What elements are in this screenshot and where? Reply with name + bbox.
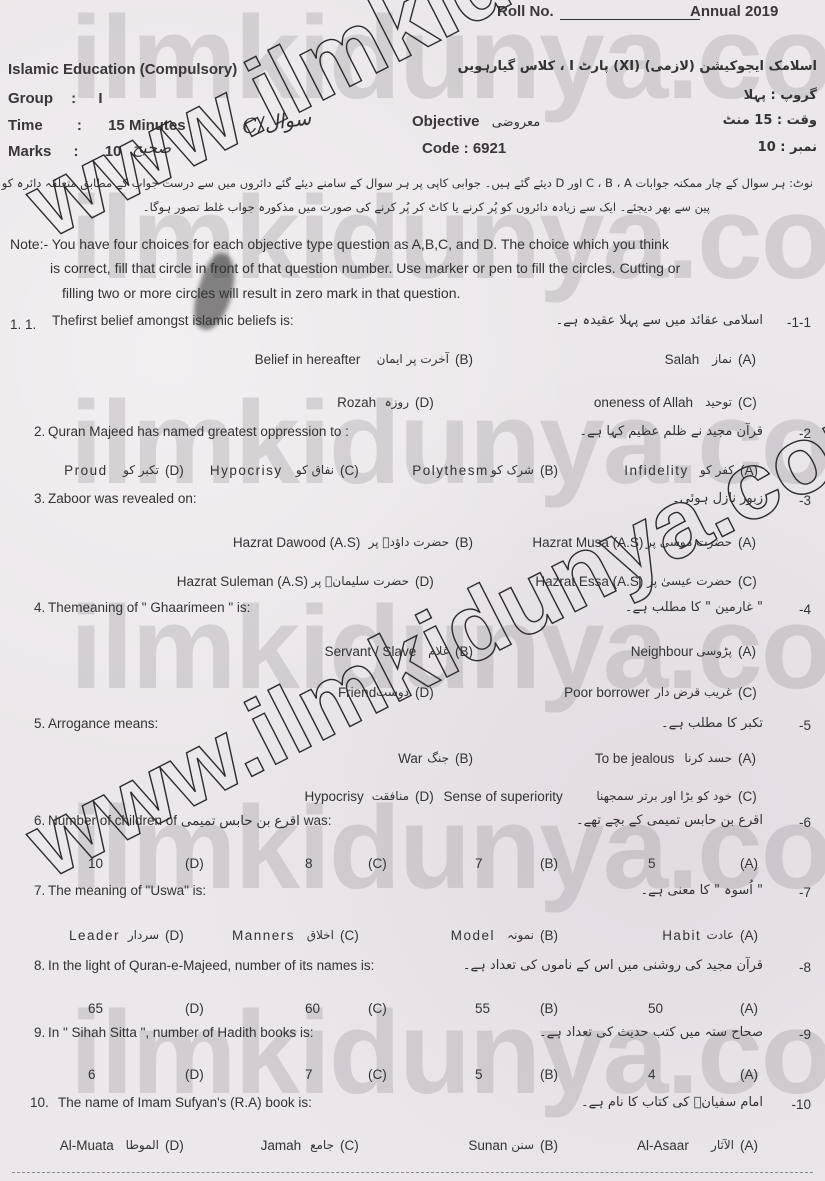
option-label: (A) — [738, 352, 756, 367]
paper-code: Code : 6921 — [422, 140, 506, 157]
question-number: 4. — [34, 600, 45, 615]
option-text: Habit — [662, 928, 701, 943]
instruction-english-line: is correct, fill that circle in front of… — [50, 256, 680, 280]
option-label: (D) — [415, 574, 434, 589]
option-text: Hazrat Suleman (A.S) — [177, 574, 308, 589]
question-number: 2. — [34, 424, 45, 439]
option-label: (C) — [368, 1067, 387, 1082]
question-number-urdu-text: 10 — [796, 1097, 811, 1112]
option-label: (B) — [455, 751, 473, 766]
handwritten-note: C/سوال — [241, 105, 313, 138]
subject-title-urdu: اسلامک ایجوکیشن (لازمی) (XI) پارٹ I ، کل… — [458, 59, 817, 74]
question-number: 8. — [34, 958, 45, 973]
option-text-urdu: نفاق کو — [296, 463, 334, 477]
option-label: (A) — [740, 1001, 758, 1016]
option-text-urdu: عادت — [707, 928, 734, 942]
option-text: 55 — [475, 1001, 490, 1016]
option-label: (D) — [185, 856, 204, 871]
question-number-urdu: -1-1 — [787, 315, 811, 330]
question-number-urdu: -8 — [799, 960, 811, 975]
option-text: 7 — [305, 1067, 313, 1082]
option-text: Friend — [338, 685, 376, 700]
option-text-urdu: منافقت — [372, 789, 409, 803]
option-text-urdu: آخرت پر ایمان — [377, 352, 449, 366]
option-text-urdu: توحید — [705, 395, 732, 409]
question-number-urdu-text: 7 — [803, 885, 811, 900]
time-label: Time — [8, 117, 43, 134]
option-text-urdu: غریب قرض دار — [655, 685, 732, 699]
marks-row: Marks : 10 — [8, 143, 121, 160]
option-text-urdu: نمونہ — [507, 928, 534, 942]
question-text: In " Sihah Sitta ", number of Hadith boo… — [48, 1025, 313, 1040]
option-label: (A) — [740, 463, 758, 478]
group-row: Group : I — [8, 90, 103, 107]
option-text-urdu: پڑوسی — [696, 644, 732, 658]
option-text-urdu: حضرت سلیمانؑ پر — [311, 574, 409, 588]
option-text-urdu: کفر کو — [700, 463, 734, 477]
option-label: (B) — [540, 1001, 558, 1016]
option-text: Polythesm — [412, 463, 489, 478]
option-text: Leader — [69, 928, 120, 943]
question-text-urdu: تکبر کا مطلب ہے۔ — [661, 716, 763, 731]
option-label: (C) — [368, 1001, 387, 1016]
option-label: (A) — [738, 644, 756, 659]
option-text: Proud — [64, 463, 108, 478]
option-label: (B) — [455, 535, 473, 550]
option-text-urdu: جامع — [310, 1138, 334, 1152]
option-text: 7 — [475, 856, 483, 871]
option-label: (A) — [740, 928, 758, 943]
option-label: (C) — [340, 928, 359, 943]
option-text: Rozah — [337, 395, 376, 410]
instruction-english-line: Note:- You have four choices for each ob… — [10, 232, 669, 256]
option-text: 65 — [88, 1001, 103, 1016]
group-label: Group — [8, 90, 53, 107]
option-text: 5 — [648, 856, 656, 871]
option-label: (C) — [340, 1138, 359, 1153]
option-text: Poor borrower — [564, 685, 650, 700]
option-label: (D) — [415, 789, 434, 804]
option-label: (D) — [415, 685, 434, 700]
option-text: Hypocrisy — [210, 463, 283, 478]
option-text-urdu: شرک کو — [491, 463, 534, 477]
option-text: Hazrat Dawood (A.S) — [233, 535, 361, 550]
question-text: In the light of Quran-e-Majeed, number o… — [48, 958, 374, 973]
option-text-urdu: غلام — [428, 644, 449, 658]
option-text: Hazrat Musa (A.S) — [532, 535, 643, 550]
paper-type-ur: معروضی — [492, 115, 541, 130]
question-text: The meaning of "Uswa" is: — [48, 883, 206, 898]
option-label: (A) — [738, 751, 756, 766]
option-text: Hypocrisy — [305, 789, 364, 804]
question-number-urdu: -5 — [799, 718, 811, 733]
question-text-urdu: اسلامی عقائد میں سے پہلا عقیدہ ہے۔ — [556, 313, 763, 328]
question-text: Arrogance means: — [48, 716, 158, 731]
question-number-urdu: -2 — [799, 426, 811, 441]
option-text: oneness of Allah — [594, 395, 693, 410]
option-text-urdu: حضرت داؤدؑ پر — [369, 535, 449, 549]
question-number-urdu-text: 4 — [803, 602, 811, 617]
option-text: Manners — [232, 928, 295, 943]
option-text-urdu: جنگ — [427, 751, 449, 765]
option-text: Al-Asaar — [637, 1138, 689, 1153]
question-number: 1. 1. — [10, 317, 36, 332]
paper-type: Objective معروضی — [412, 113, 540, 130]
question-number-urdu-text: 8 — [803, 960, 811, 975]
question-number-urdu: -7 — [799, 885, 811, 900]
option-label: (B) — [455, 352, 473, 367]
group-value: I — [98, 90, 102, 107]
question-text-urdu: امام سفیانؒ کی کتاب کا نام ہے۔ — [581, 1095, 763, 1110]
subject-title: Islamic Education (Compulsory) — [8, 61, 237, 78]
option-label: (B) — [540, 928, 558, 943]
option-text-urdu: الآثار — [711, 1138, 734, 1152]
question-text: Themeaning of " Ghaarimeen " is: — [48, 600, 250, 615]
option-label: (A) — [740, 1138, 758, 1153]
option-text: Servant / Slave — [325, 644, 417, 659]
question-number: 5. — [34, 716, 45, 731]
option-label: (A) — [740, 856, 758, 871]
option-text: 8 — [305, 856, 313, 871]
marks-urdu: نمبر : 10 — [758, 140, 817, 155]
question-text-urdu: قرآن مجید کی روشنی میں اس کے ناموں کی تع… — [463, 958, 763, 973]
option-text: Al-Muata — [60, 1138, 114, 1153]
option-label: (D) — [165, 463, 184, 478]
option-text-urdu: نماز — [712, 352, 732, 366]
option-label: (B) — [540, 1138, 558, 1153]
question-text: Zaboor was revealed on: — [48, 491, 197, 506]
question-text-urdu: صحاح ستہ میں کتب حدیث کی تعداد ہے۔ — [539, 1025, 763, 1040]
option-text: Sense of superiority — [444, 789, 563, 804]
question-text-urdu: قرآن مجید نے ظلم عظیم کہا ہے۔ — [579, 424, 763, 439]
question-text-urdu: اقرع بن حابس تمیمی کے بچے تھے۔ — [576, 813, 763, 828]
option-text: War — [398, 751, 422, 766]
option-label: (D) — [165, 1138, 184, 1153]
option-text: 6 — [88, 1067, 96, 1082]
option-text-urdu: سنن — [511, 1138, 534, 1152]
roll-no-field[interactable] — [560, 19, 700, 20]
option-label: (D) — [165, 928, 184, 943]
session-label: Annual 2019 — [690, 3, 778, 20]
option-text: 50 — [648, 1001, 663, 1016]
question-text: The name of Imam Sufyan's (R.A) book is: — [58, 1095, 312, 1110]
question-text-urdu: زبور نازل ہوئی۔ — [672, 491, 763, 506]
question-number-urdu: -3 — [799, 493, 811, 508]
option-text: 4 — [648, 1067, 656, 1082]
option-text: Model — [451, 928, 495, 943]
option-text: Jamah — [261, 1138, 302, 1153]
option-text-urdu: حسد کرنا — [684, 751, 732, 765]
option-text: Sunan — [468, 1138, 507, 1153]
option-text: Salah — [665, 352, 700, 367]
option-text: Infidelity — [624, 463, 689, 478]
handwritten-note: صحیح — [132, 138, 171, 157]
option-label: (C) — [738, 685, 757, 700]
option-text: 10 — [88, 856, 103, 871]
option-text-urdu: روزہ — [385, 395, 409, 409]
option-text-urdu: حضرت موسیٰ پر — [646, 535, 732, 549]
option-text-urdu: اخلاق — [307, 928, 334, 942]
option-label: (B) — [540, 856, 558, 871]
option-label: (D) — [185, 1001, 204, 1016]
option-text-urdu: الموطا — [126, 1138, 159, 1152]
option-label: (B) — [455, 644, 473, 659]
question-number-urdu: -9 — [799, 1027, 811, 1042]
question-number: 6. — [34, 813, 45, 828]
question-text-urdu: " غارمین " کا مطلب ہے۔ — [625, 600, 763, 615]
option-text-urdu: تکبر کو — [123, 463, 159, 477]
option-label: (C) — [738, 395, 757, 410]
option-label: (C) — [738, 789, 757, 804]
instruction-urdu-line: پین سے بھر دیجئے۔ ایک سے زیادہ دائروں کو… — [143, 200, 710, 214]
option-label: (D) — [415, 395, 434, 410]
option-text-urdu: خود کو بڑا اور برتر سمجھنا — [596, 789, 732, 803]
question-number-urdu-text: 9 — [803, 1027, 811, 1042]
option-label: (B) — [540, 1067, 558, 1082]
marks-label: Marks — [8, 143, 51, 160]
option-text-urdu: سردار — [128, 928, 159, 942]
instruction-urdu-line: نوٹ: ہر سوال کے چار ممکنہ جوابات C ، B ،… — [0, 176, 813, 190]
roll-no: Roll No. — [497, 3, 700, 20]
option-label: (B) — [540, 463, 558, 478]
option-label: (A) — [738, 535, 756, 550]
option-label: (D) — [185, 1067, 204, 1082]
option-text: Belief in hereafter — [255, 352, 361, 367]
question-number: 7. — [34, 883, 45, 898]
bottom-divider — [12, 1172, 813, 1173]
question-number: 10. — [30, 1095, 49, 1110]
option-label: (C) — [368, 856, 387, 871]
question-number-urdu: -10 — [791, 1097, 811, 1112]
option-text: 60 — [305, 1001, 320, 1016]
instruction-english-line: filling two or more circles will result … — [62, 281, 460, 305]
time-urdu: وقت : 15 منٹ — [723, 113, 817, 128]
question-number-urdu: -4 — [799, 602, 811, 617]
option-label: (C) — [738, 574, 757, 589]
option-text: Neighbour — [631, 644, 693, 659]
option-label: (C) — [340, 463, 359, 478]
question-text: Thefirst belief amongst islamic beliefs … — [52, 313, 294, 328]
question-number-urdu-text: 6 — [803, 815, 811, 830]
option-text-urdu: حضرت عیسیٰ پر — [647, 574, 732, 588]
option-label: (A) — [740, 1067, 758, 1082]
marks-value: 10 — [105, 143, 122, 160]
question-text-urdu: " اُسوہ " کا معنی ہے۔ — [641, 883, 763, 898]
paper-type-en: Objective — [412, 113, 480, 130]
question-number-urdu-text: 2 — [803, 426, 811, 441]
question-number-urdu-text: 1-1 — [791, 315, 811, 330]
question-number: 9. — [34, 1025, 45, 1040]
question-number-urdu-text: 3 — [803, 493, 811, 508]
group-urdu: گروپ : پہلا — [744, 88, 817, 103]
option-text: 5 — [475, 1067, 483, 1082]
question-number: 3. — [34, 491, 45, 506]
option-text: Hazrat Essa (A.S) — [535, 574, 643, 589]
option-text: To be jealous — [595, 751, 675, 766]
option-text-urdu: دوست — [376, 685, 409, 699]
time-value: 15 Minutes — [108, 117, 186, 134]
time-row: Time : 15 Minutes — [8, 117, 186, 134]
question-number-urdu-text: 5 — [803, 718, 811, 733]
question-text: Quran Majeed has named greatest oppressi… — [48, 424, 349, 439]
question-text: Number of children of اقرع بن حابس تمیمی… — [48, 813, 331, 829]
question-number-urdu: -6 — [799, 815, 811, 830]
roll-no-label: Roll No. — [497, 3, 554, 20]
